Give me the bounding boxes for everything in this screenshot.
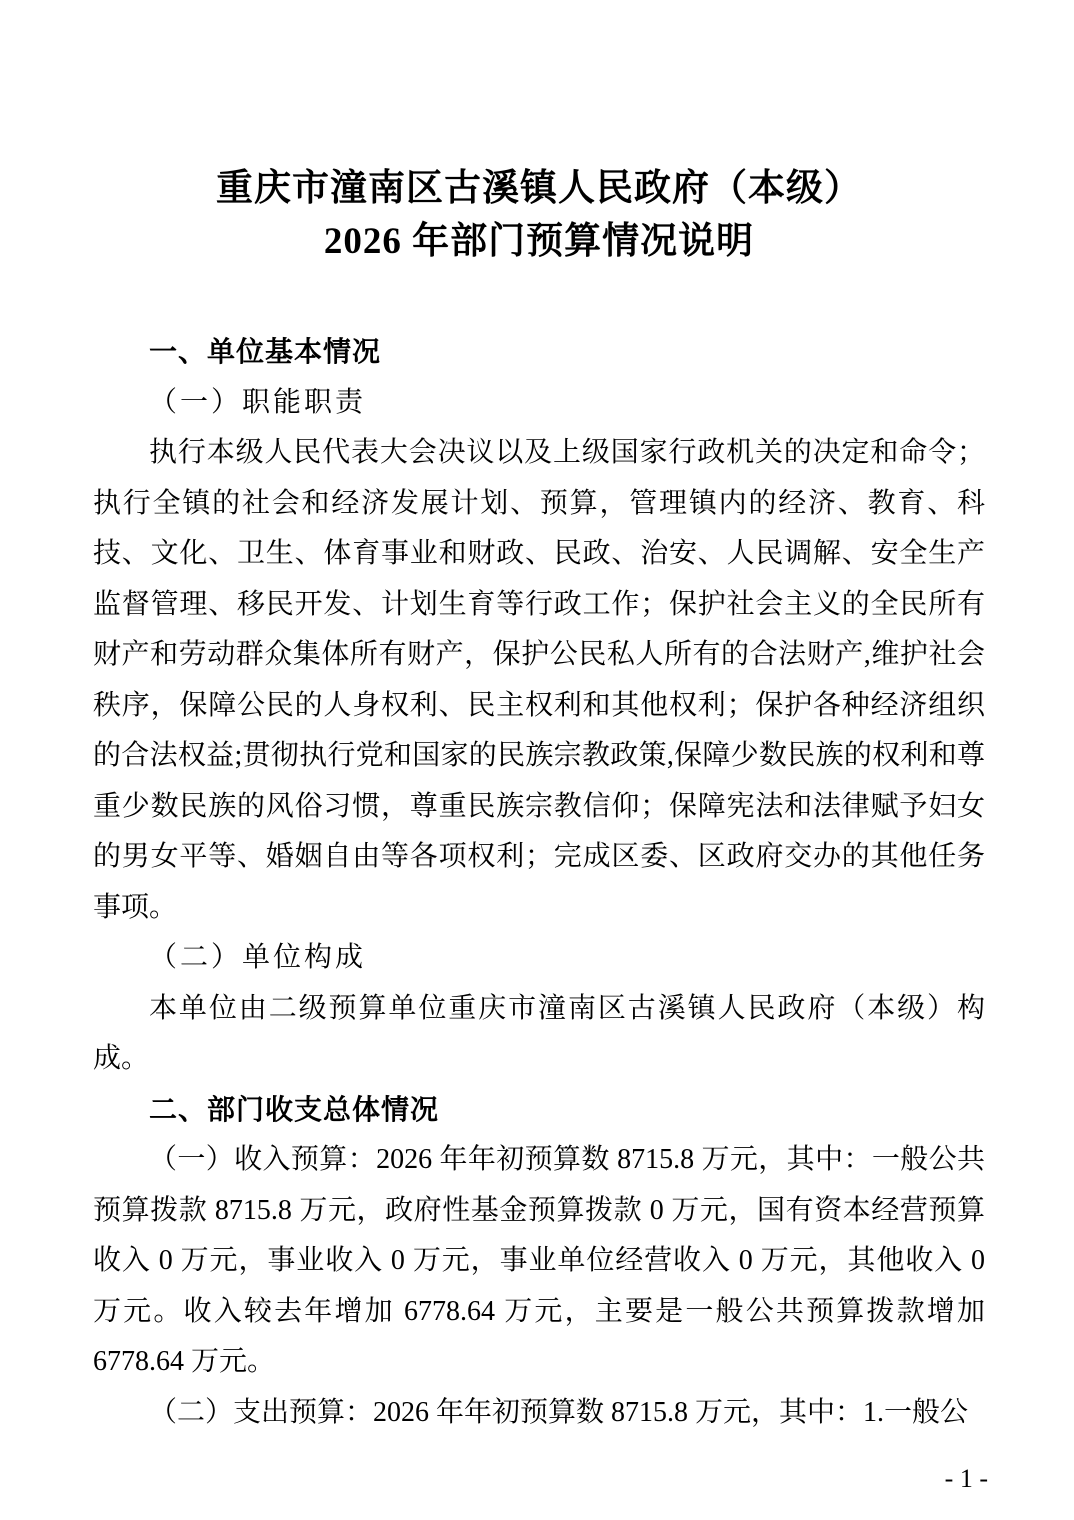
paragraph-revenue-budget: （一）收入预算：2026 年年初预算数 8715.8 万元，其中：一般公共预算拨… (93, 1135, 985, 1388)
section-heading-revenue-expenditure: 二、部门收支总体情况 (93, 1085, 985, 1136)
section-heading-basic-info: 一、单位基本情况 (93, 327, 985, 378)
document-title-line-2: 2026 年部门预算情况说明 (93, 215, 985, 268)
paragraph-unit-composition: 本单位由二级预算单位重庆市潼南区古溪镇人民政府（本级）构成。 (93, 984, 985, 1085)
document-body: 一、单位基本情况 （一）职能职责 执行本级人民代表大会决议以及上级国家行政机关的… (93, 327, 985, 1438)
document-page: 重庆市潼南区古溪镇人民政府（本级） 2026 年部门预算情况说明 一、单位基本情… (0, 0, 1074, 1520)
document-content: 重庆市潼南区古溪镇人民政府（本级） 2026 年部门预算情况说明 一、单位基本情… (0, 162, 1074, 1438)
document-title-line-1: 重庆市潼南区古溪镇人民政府（本级） (93, 162, 985, 215)
paragraph-duties: 执行本级人民代表大会决议以及上级国家行政机关的决定和命令；执行全镇的社会和经济发… (93, 428, 985, 933)
paragraph-expenditure-budget-cut: （二）支出预算：2026 年年初预算数 8715.8 万元，其中：1.一般公 (93, 1388, 985, 1439)
subsection-heading-duties: （一）职能职责 (93, 378, 985, 429)
page-number: - 1 - (945, 1466, 988, 1492)
document-title: 重庆市潼南区古溪镇人民政府（本级） 2026 年部门预算情况说明 (93, 162, 985, 268)
subsection-heading-unit-composition: （二）单位构成 (93, 933, 985, 984)
